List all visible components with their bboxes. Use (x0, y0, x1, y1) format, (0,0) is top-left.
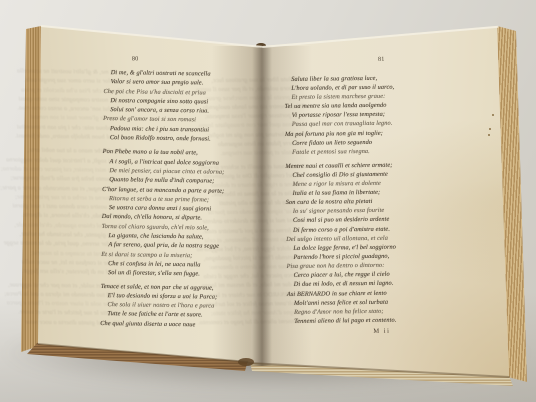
verse-line: Sol un di fiorestar, s'ella sen fugge. (0, 266, 114, 277)
photo-background: Di me, & gl'altri uostrati ne scancellaV… (0, 0, 536, 402)
left-page-text: 80 Di me, & gl'altri uostrati ne scancel… (100, 55, 260, 330)
verse-line: Et presto la sistem marchese graue: (291, 91, 436, 102)
stanza: Asi BERNARDO in sue chiare et lentoMolt'… (287, 288, 439, 326)
foxing-spot (492, 114, 494, 116)
verse-line: De miei pensier, cui piacue cinta et ado… (0, 164, 115, 175)
verse-line: Tennemi alieno di lui pago et contento. (294, 316, 439, 327)
stanza: Tenace et salde, et non par che ui aggra… (100, 282, 257, 331)
right-page-text: 81 Saluta liber la sua gratiosa luce,L'h… (284, 55, 439, 335)
verse-line: Pisa graue non ha dentro o dintorno: (287, 260, 439, 271)
verse-line: Sol un di fiorestar, s'ella sen fugge. (108, 268, 257, 279)
verse-line: Mene a rigor la misura et dolente (293, 178, 438, 189)
stanza: Pon Phebe mano a la tua nobil arte,A i s… (101, 147, 259, 279)
verse-line: Col buon Ridolfo nostro, onde fornasi. (0, 131, 116, 142)
verse-line: Io su' signor pensando essa fourite (293, 205, 438, 216)
right-folio-number: 81 (378, 56, 384, 63)
verse-line: Che sola il uiuer nostro et l'hora e par… (0, 298, 114, 309)
verse-line: Di due mi lodo, et di nessun mi lagno. (294, 278, 439, 289)
left-folio-number: 80 (132, 55, 138, 62)
verse-line: Ritorna et serba a te sue prime forme; (0, 192, 115, 203)
verse-line: Regno d'Amor non ha felice stato; (294, 306, 439, 317)
verse-line: Fatale et pentosi sua risegna. (292, 146, 437, 157)
foxing-spot (488, 134, 490, 136)
verse-line: Del uulgo intento uil allontana, et cela (286, 233, 438, 244)
verse-line: Col buon Ridolfo nostro, onde fornasi. (110, 133, 259, 144)
stanza: Saluta liber la sua gratiosa luce,L'hora… (284, 73, 437, 157)
stanza: Mentre naui et caualli et schiere armate… (285, 160, 439, 289)
signature-mark: M ii (373, 327, 439, 335)
stanza: Di me, & gl'altri uostrati ne scancellaV… (103, 68, 260, 145)
foxing-spot (489, 128, 491, 130)
verse-line: Passa quel mar con trauagliata legno. (292, 119, 437, 130)
